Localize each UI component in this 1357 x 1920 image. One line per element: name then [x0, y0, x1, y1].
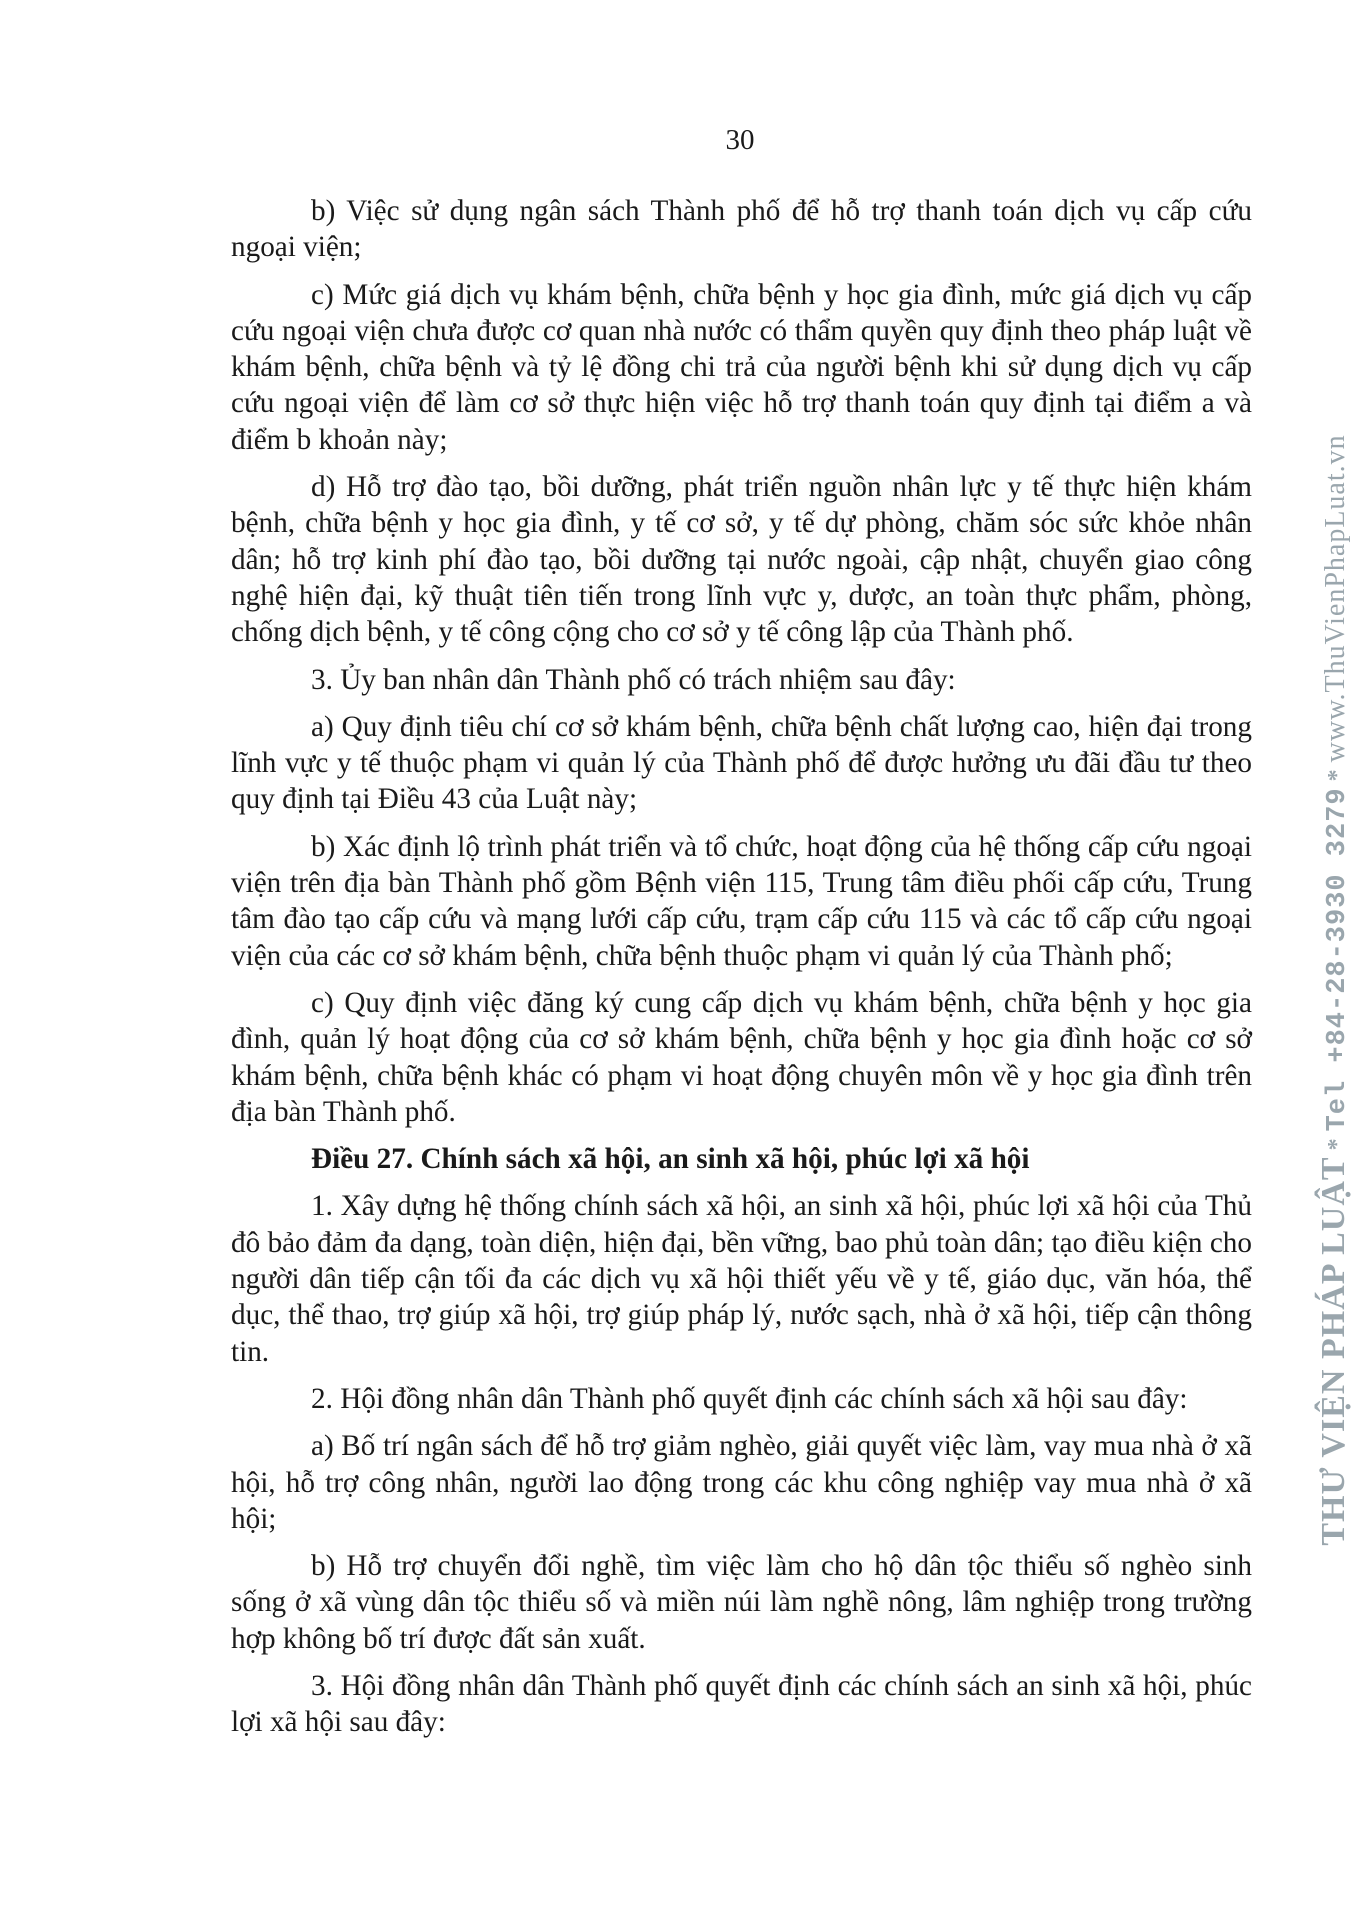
- watermark-url: www.ThuVienPhapLuat.vn: [1320, 434, 1351, 762]
- watermark-tel: Tel +84-28-3930 3279: [1323, 787, 1353, 1131]
- article-heading: Điều 27. Chính sách xã hội, an sinh xã h…: [231, 1141, 1252, 1177]
- paragraph-a-criteria: a) Quy định tiêu chí cơ sở khám bệnh, ch…: [231, 709, 1252, 818]
- article-paragraph-1: 1. Xây dựng hệ thống chính sách xã hội, …: [231, 1188, 1252, 1369]
- article-paragraph-2a: a) Bố trí ngân sách để hỗ trợ giảm nghèo…: [231, 1428, 1252, 1537]
- paragraph-3-city-committee: 3. Ủy ban nhân dân Thành phố có trách nh…: [231, 662, 1252, 698]
- watermark-separator: *: [1324, 1137, 1350, 1150]
- article-paragraph-3: 3. Hội đồng nhân dân Thành phố quyết địn…: [231, 1668, 1252, 1741]
- watermark-separator: *: [1324, 768, 1350, 781]
- paragraph-b-emergency-system: b) Xác định lộ trình phát triển và tổ ch…: [231, 829, 1252, 974]
- paragraph-c-registration: c) Quy định việc đăng ký cung cấp dịch v…: [231, 985, 1252, 1130]
- paragraph-b-budget-emergency: b) Việc sử dụng ngân sách Thành phố để h…: [231, 193, 1252, 266]
- watermark: THƯ VIỆN PHÁP LUẬT*Tel +84-28-3930 3279*…: [1315, 434, 1353, 1545]
- article-paragraph-2b: b) Hỗ trợ chuyển đổi nghề, tìm việc làm …: [231, 1548, 1252, 1657]
- watermark-brand: THƯ VIỆN PHÁP LUẬT: [1315, 1156, 1352, 1545]
- paragraph-d-training-support: d) Hỗ trợ đào tạo, bồi dưỡng, phát triển…: [231, 469, 1252, 650]
- paragraph-c-service-prices: c) Mức giá dịch vụ khám bệnh, chữa bệnh …: [231, 277, 1252, 458]
- article-paragraph-2: 2. Hội đồng nhân dân Thành phố quyết địn…: [231, 1381, 1252, 1417]
- document-body: b) Việc sử dụng ngân sách Thành phố để h…: [231, 193, 1252, 1752]
- page-number: 30: [0, 122, 1357, 158]
